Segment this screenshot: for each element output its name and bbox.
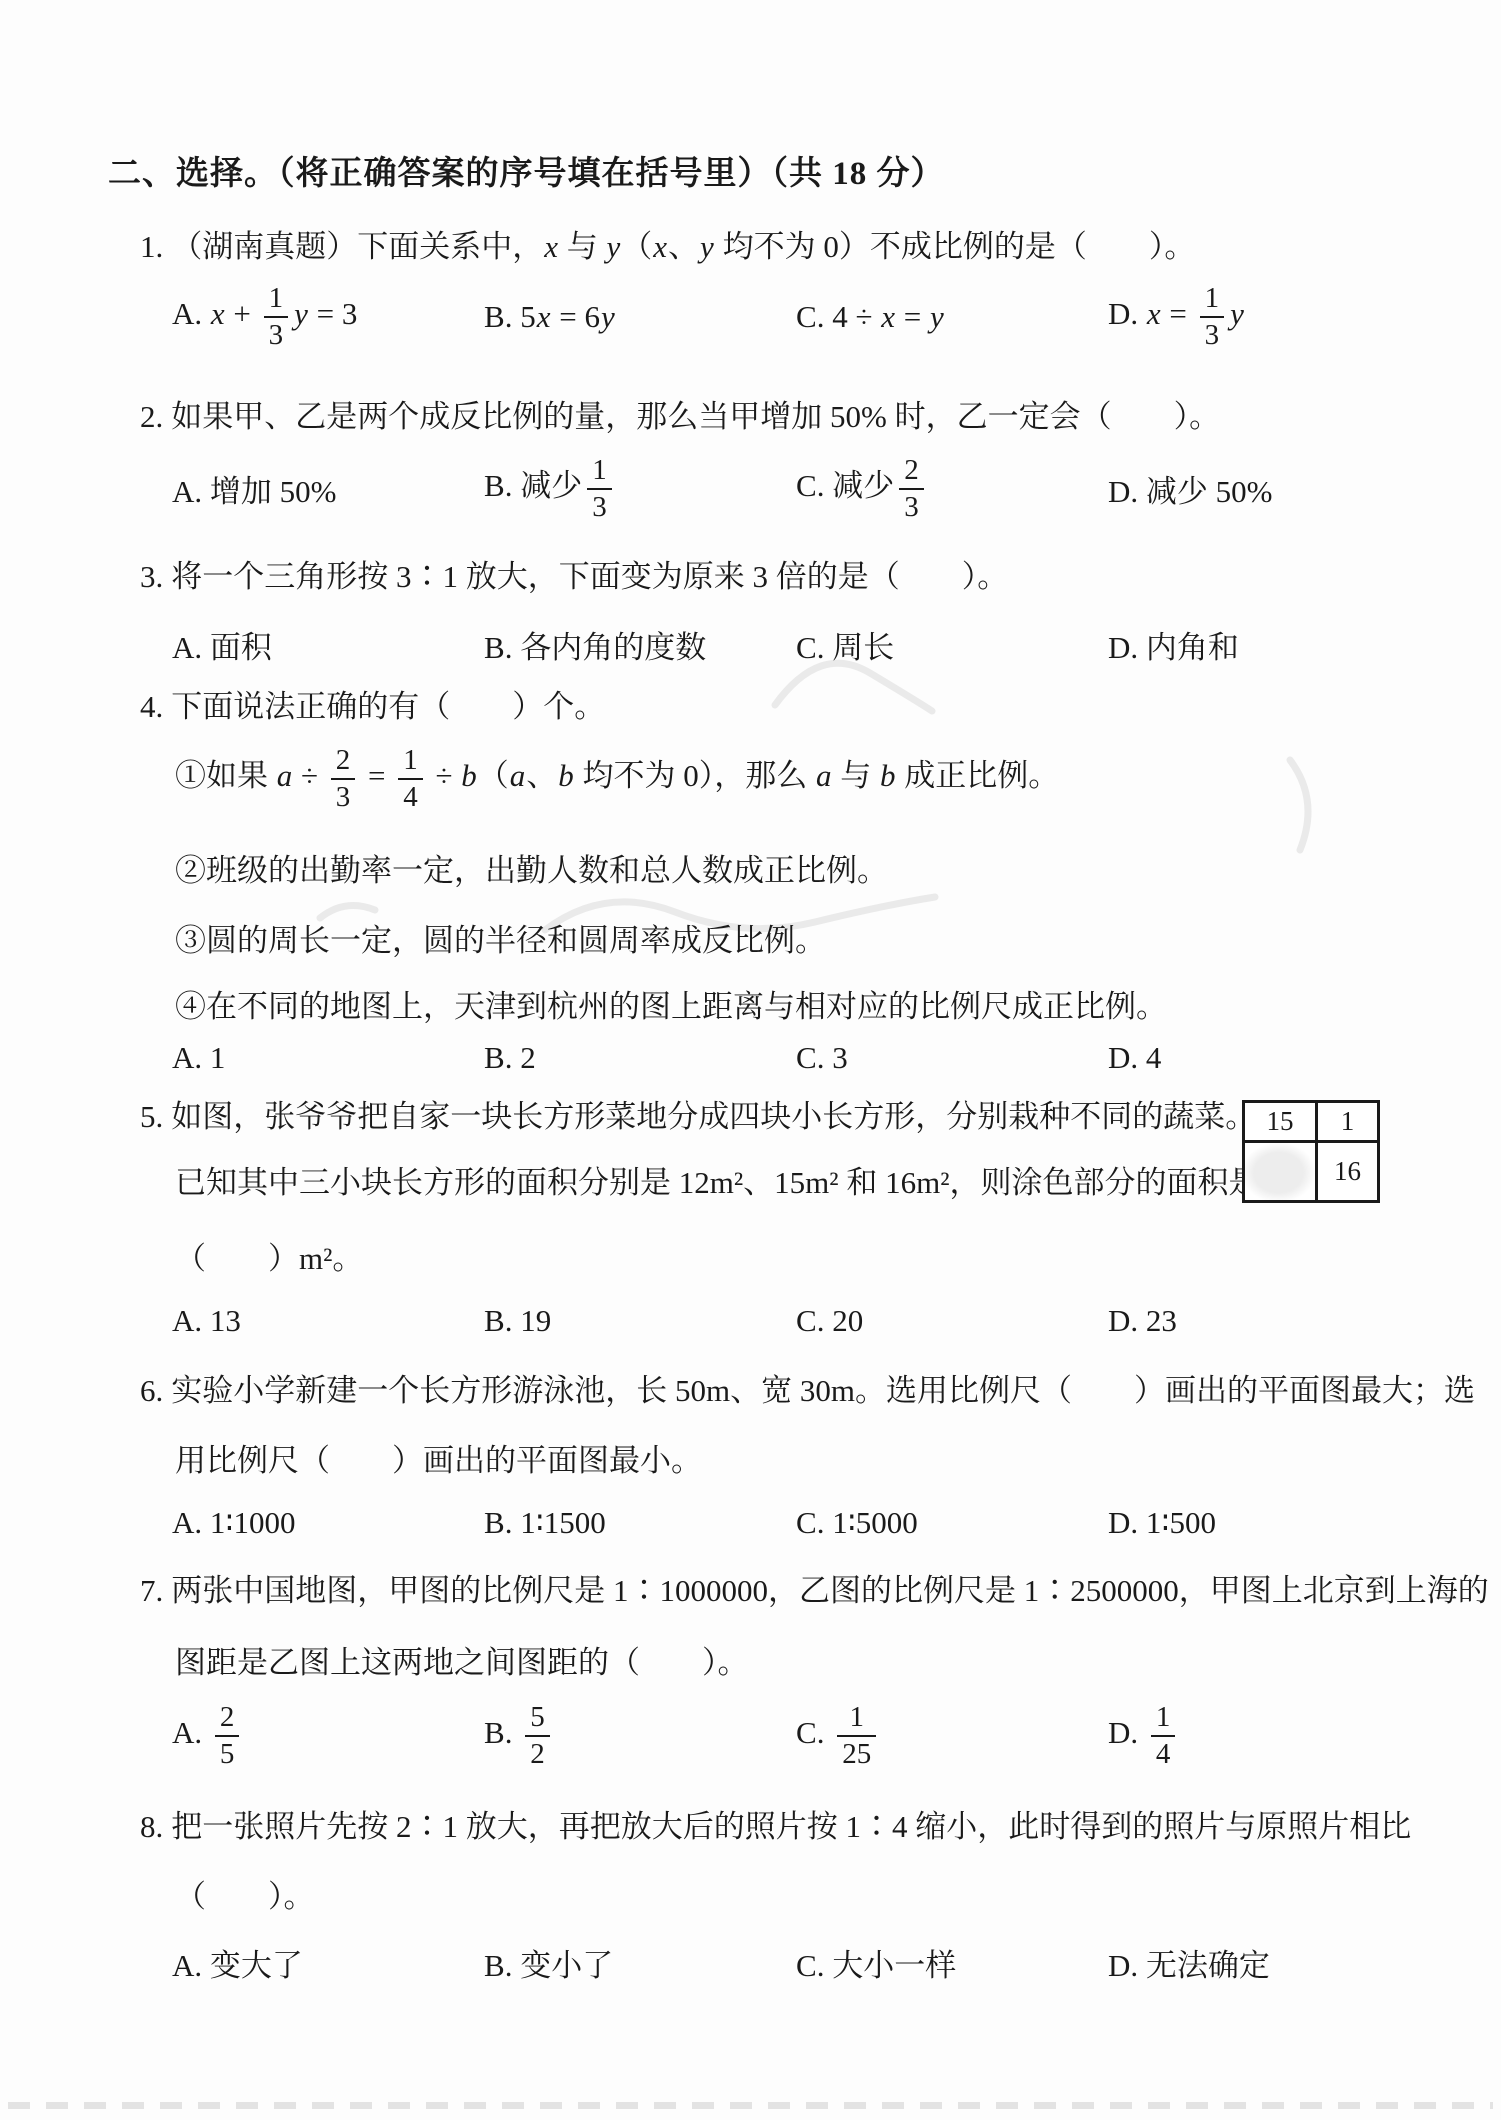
option-a: A. 25 xyxy=(172,1702,484,1770)
option-b: B. 19 xyxy=(484,1303,796,1339)
question-3: 3.将一个三角形按 3∶1 放大，下面变为原来 3 倍的是（ ）。 xyxy=(140,556,1008,598)
question-8-text-line1: 把一张照片先按 2∶1 放大，再把放大后的照片按 1∶4 缩小，此时得到的照片与… xyxy=(171,1809,1411,1844)
table-cell-top-left: 15 xyxy=(1245,1103,1315,1140)
question-5-options: A. 13 B. 19 C. 20 D. 23 xyxy=(172,1303,1177,1339)
question-4-item-3: ③圆的周长一定，圆的半径和圆周率成反比例。 xyxy=(175,920,826,962)
question-4: 4.下面说法正确的有（ ）个。 xyxy=(140,686,605,728)
option-a: A. x + 13y = 3 xyxy=(172,283,484,351)
question-6-options: A. 1∶1000 B. 1∶1500 C. 1∶5000 D. 1∶500 xyxy=(172,1505,1216,1541)
question-7: 7.两张中国地图，甲图的比例尺是 1∶1000000，乙图的比例尺是 1∶250… xyxy=(140,1570,1489,1612)
scanned-test-page: { "section": { "title": "二、选择。（将正确答案的序号填… xyxy=(0,0,1501,2120)
question-6: 6.实验小学新建一个长方形游泳池，长 50m、宽 30m。选用比例尺（ ）画出的… xyxy=(140,1370,1475,1412)
question-3-text: 将一个三角形按 3∶1 放大，下面变为原来 3 倍的是（ ）。 xyxy=(171,559,1008,594)
option-b: B. 减少13 xyxy=(484,455,796,523)
option-d: D. 1∶500 xyxy=(1108,1505,1216,1541)
option-c: C. 大小一样 xyxy=(796,1940,1108,1985)
option-c: C. 减少23 xyxy=(796,455,1108,523)
question-3-options: A. 面积 B. 各内角的度数 C. 周长 D. 内角和 xyxy=(172,622,1239,667)
table-cell-top-right: 1 xyxy=(1315,1103,1377,1140)
option-d: D. 23 xyxy=(1108,1303,1177,1339)
option-b: B. 各内角的度数 xyxy=(484,622,796,667)
question-1-options: A. x + 13y = 3 B. 5x = 6y C. 4 ÷ x = y D… xyxy=(172,283,1245,351)
question-4-text: 下面说法正确的有（ ）个。 xyxy=(171,689,605,724)
option-a: A. 增加 50% xyxy=(172,466,484,511)
question-7-options: A. 25 B. 52 C. 125 D. 14 xyxy=(172,1702,1180,1770)
question-7-text-line1: 两张中国地图，甲图的比例尺是 1∶1000000，乙图的比例尺是 1∶25000… xyxy=(171,1573,1489,1608)
option-a: A. 1 xyxy=(172,1040,484,1076)
option-b: B. 5x = 6y xyxy=(484,299,796,335)
question-3-number: 3. xyxy=(140,559,163,594)
option-a: A. 1∶1000 xyxy=(172,1505,484,1541)
question-2-options: A. 增加 50% B. 减少13 C. 减少23 D. 减少 50% xyxy=(172,455,1272,523)
question-5-text-line2: 已知其中三小块长方形的面积分别是 12m²、15m² 和 16m²，则涂色部分的… xyxy=(175,1162,1260,1204)
question-1: 1.（湖南真题）下面关系中，x 与 y（x、y 均不为 0）不成比例的是（ ）。 xyxy=(140,226,1195,268)
option-d: D. 内角和 xyxy=(1108,622,1239,667)
option-c: C. 1∶5000 xyxy=(796,1505,1108,1541)
option-c: C. 周长 xyxy=(796,622,1108,667)
question-4-item-1: ①如果 a ÷ 23 = 14 ÷ b（a、b 均不为 0），那么 a 与 b … xyxy=(175,745,1059,813)
question-4-item-2: ②班级的出勤率一定，出勤人数和总人数成正比例。 xyxy=(175,850,888,892)
option-d: D. x = 13y xyxy=(1108,283,1245,351)
question-7-number: 7. xyxy=(140,1573,163,1608)
option-b: B. 52 xyxy=(484,1702,796,1770)
option-d: D. 4 xyxy=(1108,1040,1161,1076)
question-5-text-line1: 如图，张爷爷把自家一块长方形菜地分成四块小长方形，分别栽种不同的蔬菜。 xyxy=(171,1099,1256,1134)
option-d: D. 减少 50% xyxy=(1108,466,1272,511)
option-c: C. 4 ÷ x = y xyxy=(796,299,1108,335)
question-4-options: A. 1 B. 2 C. 3 D. 4 xyxy=(172,1040,1161,1076)
option-d: D. 无法确定 xyxy=(1108,1940,1270,1985)
question-6-number: 6. xyxy=(140,1373,163,1408)
option-c: C. 3 xyxy=(796,1040,1108,1076)
page-bottom-scan-artifact xyxy=(8,2102,1493,2109)
option-b: B. 2 xyxy=(484,1040,796,1076)
section-title: 二、选择。（将正确答案的序号填在括号里）（共 18 分） xyxy=(108,152,945,197)
question-8-options: A. 变大了 B. 变小了 C. 大小一样 D. 无法确定 xyxy=(172,1940,1270,1985)
question-5-number: 5. xyxy=(140,1099,163,1134)
question-2-number: 2. xyxy=(140,399,163,434)
option-a: A. 变大了 xyxy=(172,1940,484,1985)
table-cell-bottom-right: 16 xyxy=(1315,1140,1377,1200)
question-2-text: 如果甲、乙是两个成反比例的量，那么当甲增加 50% 时，乙一定会（ ）。 xyxy=(171,399,1220,434)
option-d: D. 14 xyxy=(1108,1702,1180,1770)
option-c: C. 20 xyxy=(796,1303,1108,1339)
question-8: 8.把一张照片先按 2∶1 放大，再把放大后的照片按 1∶4 缩小，此时得到的照… xyxy=(140,1806,1411,1848)
question-6-text-line2: 用比例尺（ ）画出的平面图最小。 xyxy=(175,1440,702,1482)
question-2: 2.如果甲、乙是两个成反比例的量，那么当甲增加 50% 时，乙一定会（ ）。 xyxy=(140,396,1220,438)
question-1-number: 1. xyxy=(140,229,163,264)
option-c: C. 125 xyxy=(796,1702,1108,1770)
option-a: A. 面积 xyxy=(172,622,484,667)
question-4-number: 4. xyxy=(140,689,163,724)
question-8-number: 8. xyxy=(140,1809,163,1844)
question-1-text: （湖南真题）下面关系中，x 与 y（x、y 均不为 0）不成比例的是（ ）。 xyxy=(171,229,1195,264)
q5-figure-table: 15 1 16 xyxy=(1242,1100,1380,1203)
question-5: 5.如图，张爷爷把自家一块长方形菜地分成四块小长方形，分别栽种不同的蔬菜。 xyxy=(140,1096,1256,1138)
option-b: B. 变小了 xyxy=(484,1940,796,1985)
option-a: A. 13 xyxy=(172,1303,484,1339)
option-b: B. 1∶1500 xyxy=(484,1505,796,1541)
question-4-item-4: ④在不同的地图上，天津到杭州的图上距离与相对应的比例尺成正比例。 xyxy=(175,986,1167,1028)
question-6-text-line1: 实验小学新建一个长方形游泳池，长 50m、宽 30m。选用比例尺（ ）画出的平面… xyxy=(171,1373,1475,1408)
table-cell-bottom-left-shaded xyxy=(1245,1140,1315,1200)
question-7-text-line2: 图距是乙图上这两地之间图距的（ ）。 xyxy=(175,1642,749,1684)
question-5-text-line3: （ ）m²。 xyxy=(175,1238,363,1280)
question-8-text-line2: （ ）。 xyxy=(175,1876,315,1918)
